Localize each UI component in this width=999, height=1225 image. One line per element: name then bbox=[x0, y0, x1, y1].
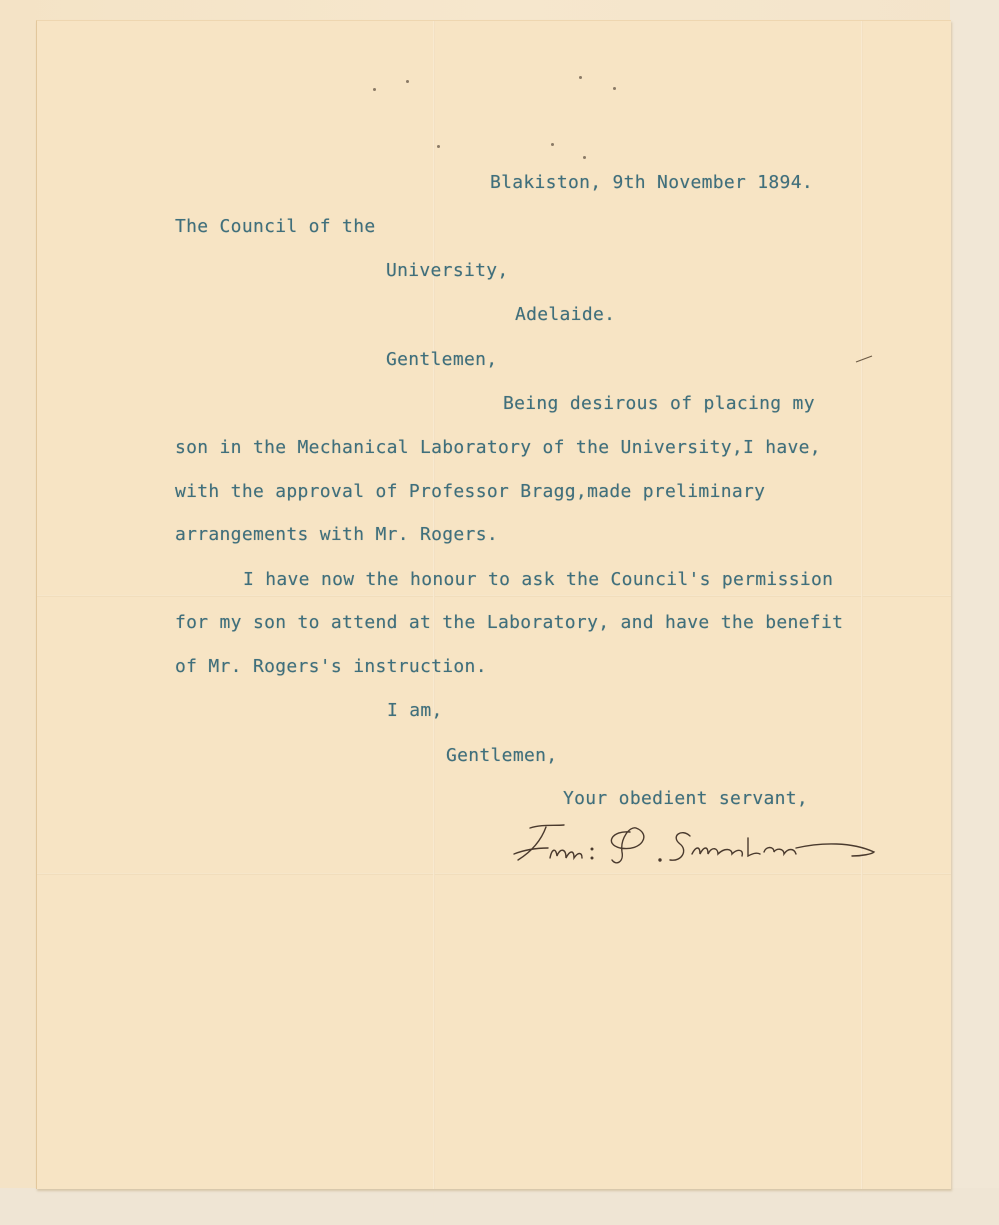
pin-hole bbox=[583, 156, 586, 159]
pin-hole bbox=[437, 145, 440, 148]
fold-line-vertical bbox=[433, 21, 435, 1189]
paragraph1-line-2: son in the Mechanical Laboratory of the … bbox=[175, 437, 821, 458]
letter-sheet bbox=[36, 20, 951, 1189]
scan-backdrop-right bbox=[950, 0, 999, 1225]
fold-line-horizontal bbox=[37, 595, 951, 597]
paragraph2-line-1: I have now the honour to ask the Council… bbox=[243, 569, 833, 590]
recipient-line-1: The Council of the bbox=[175, 216, 375, 237]
dateline: Blakiston, 9th November 1894. bbox=[490, 172, 813, 193]
pin-hole bbox=[406, 80, 409, 83]
fold-line-vertical-right bbox=[861, 21, 863, 1189]
paragraph2-line-2: for my son to attend at the Laboratory, … bbox=[175, 612, 843, 633]
closing-line-3: Your obedient servant, bbox=[563, 788, 808, 809]
signature-icon bbox=[512, 818, 882, 878]
handwritten-signature bbox=[512, 818, 882, 878]
recipient-line-3: Adelaide. bbox=[515, 304, 615, 325]
paragraph1-line-3: with the approval of Professor Bragg,mad… bbox=[175, 481, 765, 502]
scan-backdrop-bottom bbox=[0, 1188, 999, 1225]
paragraph2-line-3: of Mr. Rogers's instruction. bbox=[175, 656, 487, 677]
pin-hole bbox=[373, 88, 376, 91]
pin-hole bbox=[551, 143, 554, 146]
recipient-line-2: University, bbox=[386, 260, 509, 281]
pin-hole bbox=[613, 87, 616, 90]
closing-line-2: Gentlemen, bbox=[446, 745, 557, 766]
paragraph1-line-1: Being desirous of placing my bbox=[503, 393, 815, 414]
closing-line-1: I am, bbox=[387, 700, 443, 721]
paragraph1-line-4: arrangements with Mr. Rogers. bbox=[175, 524, 498, 545]
pin-hole bbox=[579, 76, 582, 79]
pencil-mark bbox=[855, 348, 873, 356]
salutation: Gentlemen, bbox=[386, 349, 497, 370]
